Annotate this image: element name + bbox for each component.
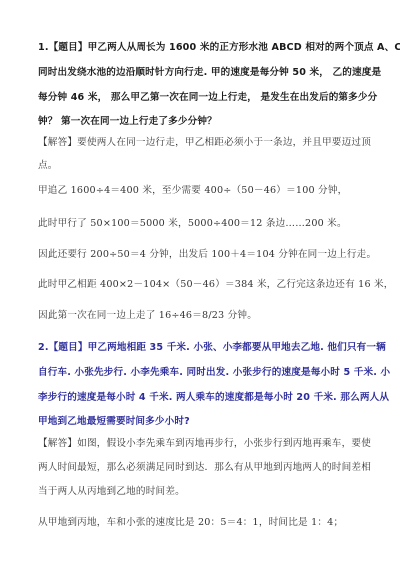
problem-2-question-line: 自行车. 小张先步行. 小李先乘车. 同时出发. 小张步行的速度是每小时 5 千…: [38, 366, 390, 380]
problem-2-question-line: 甲地到乙地最短需要时间多少小时?: [38, 415, 190, 429]
problem-1-question-line: 钟？ 第一次在同一边上行走了多少分钟？: [38, 115, 217, 129]
problem-2-answer-line: 当于两人从丙地到乙地的时间差。: [38, 485, 185, 499]
problem-2-answer-line: 两人时间最短，那么必须满足同时到达．那么有从甲地到丙地两人的时间差相: [38, 461, 371, 475]
problem-2-question-line: 2.【题目】甲乙两地相距 35 千米. 小张、小李都要从甲地去乙地. 他们只有一…: [38, 341, 386, 355]
problem-2-question-line: 李步行的速度是每小时 4 千米. 两人乘车的速度都是每小时 20 千米. 那么两…: [38, 391, 389, 405]
problem-1-question-line: 同时出发绕水池的边沿顺时针方向行走. 甲的速度是每分钟 50 米， 乙的速度是: [38, 66, 381, 80]
problem-1-answer-line: 点。: [38, 159, 58, 173]
problem-1-answer-line: 【解答】要使两人在同一边行走，甲乙相距必须小于一条边，并且甲要迈过顶: [38, 136, 371, 150]
problem-1-answer-line: 甲追乙 1600÷4＝400 米，至少需要 400÷（50－46）＝100 分钟…: [38, 184, 347, 198]
problem-1-answer-line: 因此还要行 200÷50＝4 分钟，出发后 100＋4＝104 分钟在同一边上行…: [38, 248, 376, 262]
problem-2-answer-line: 【解答】如图，假设小李先乘车到丙地再步行，小张步行到丙地再乘车，要使: [38, 437, 371, 451]
problem-1-question-line: 每分钟 46 米， 那么甲乙第一次在同一边上行走， 是发生在出发后的第多少分: [38, 91, 377, 105]
problem-1-answer-line: 此时甲行了 50×100＝5000 米，5000÷400＝12 条边……200 …: [38, 217, 347, 231]
problem-1-answer-line: 因此第一次在同一边上走了 16÷46＝8/23 分钟。: [38, 309, 257, 323]
problem-1-question-line: 1.【题目】甲乙两人从周长为 1600 米的正方形水池 ABCD 相对的两个顶点…: [38, 41, 400, 55]
problem-1-answer-line: 此时甲乙相距 400×2－104×（50－46）＝384 米，乙行完这条边还有 …: [38, 278, 394, 292]
problem-2-answer-line: 从甲地到丙地，车和小张的速度比是 20：5＝4：1，时间比是 1：4；: [38, 516, 343, 530]
